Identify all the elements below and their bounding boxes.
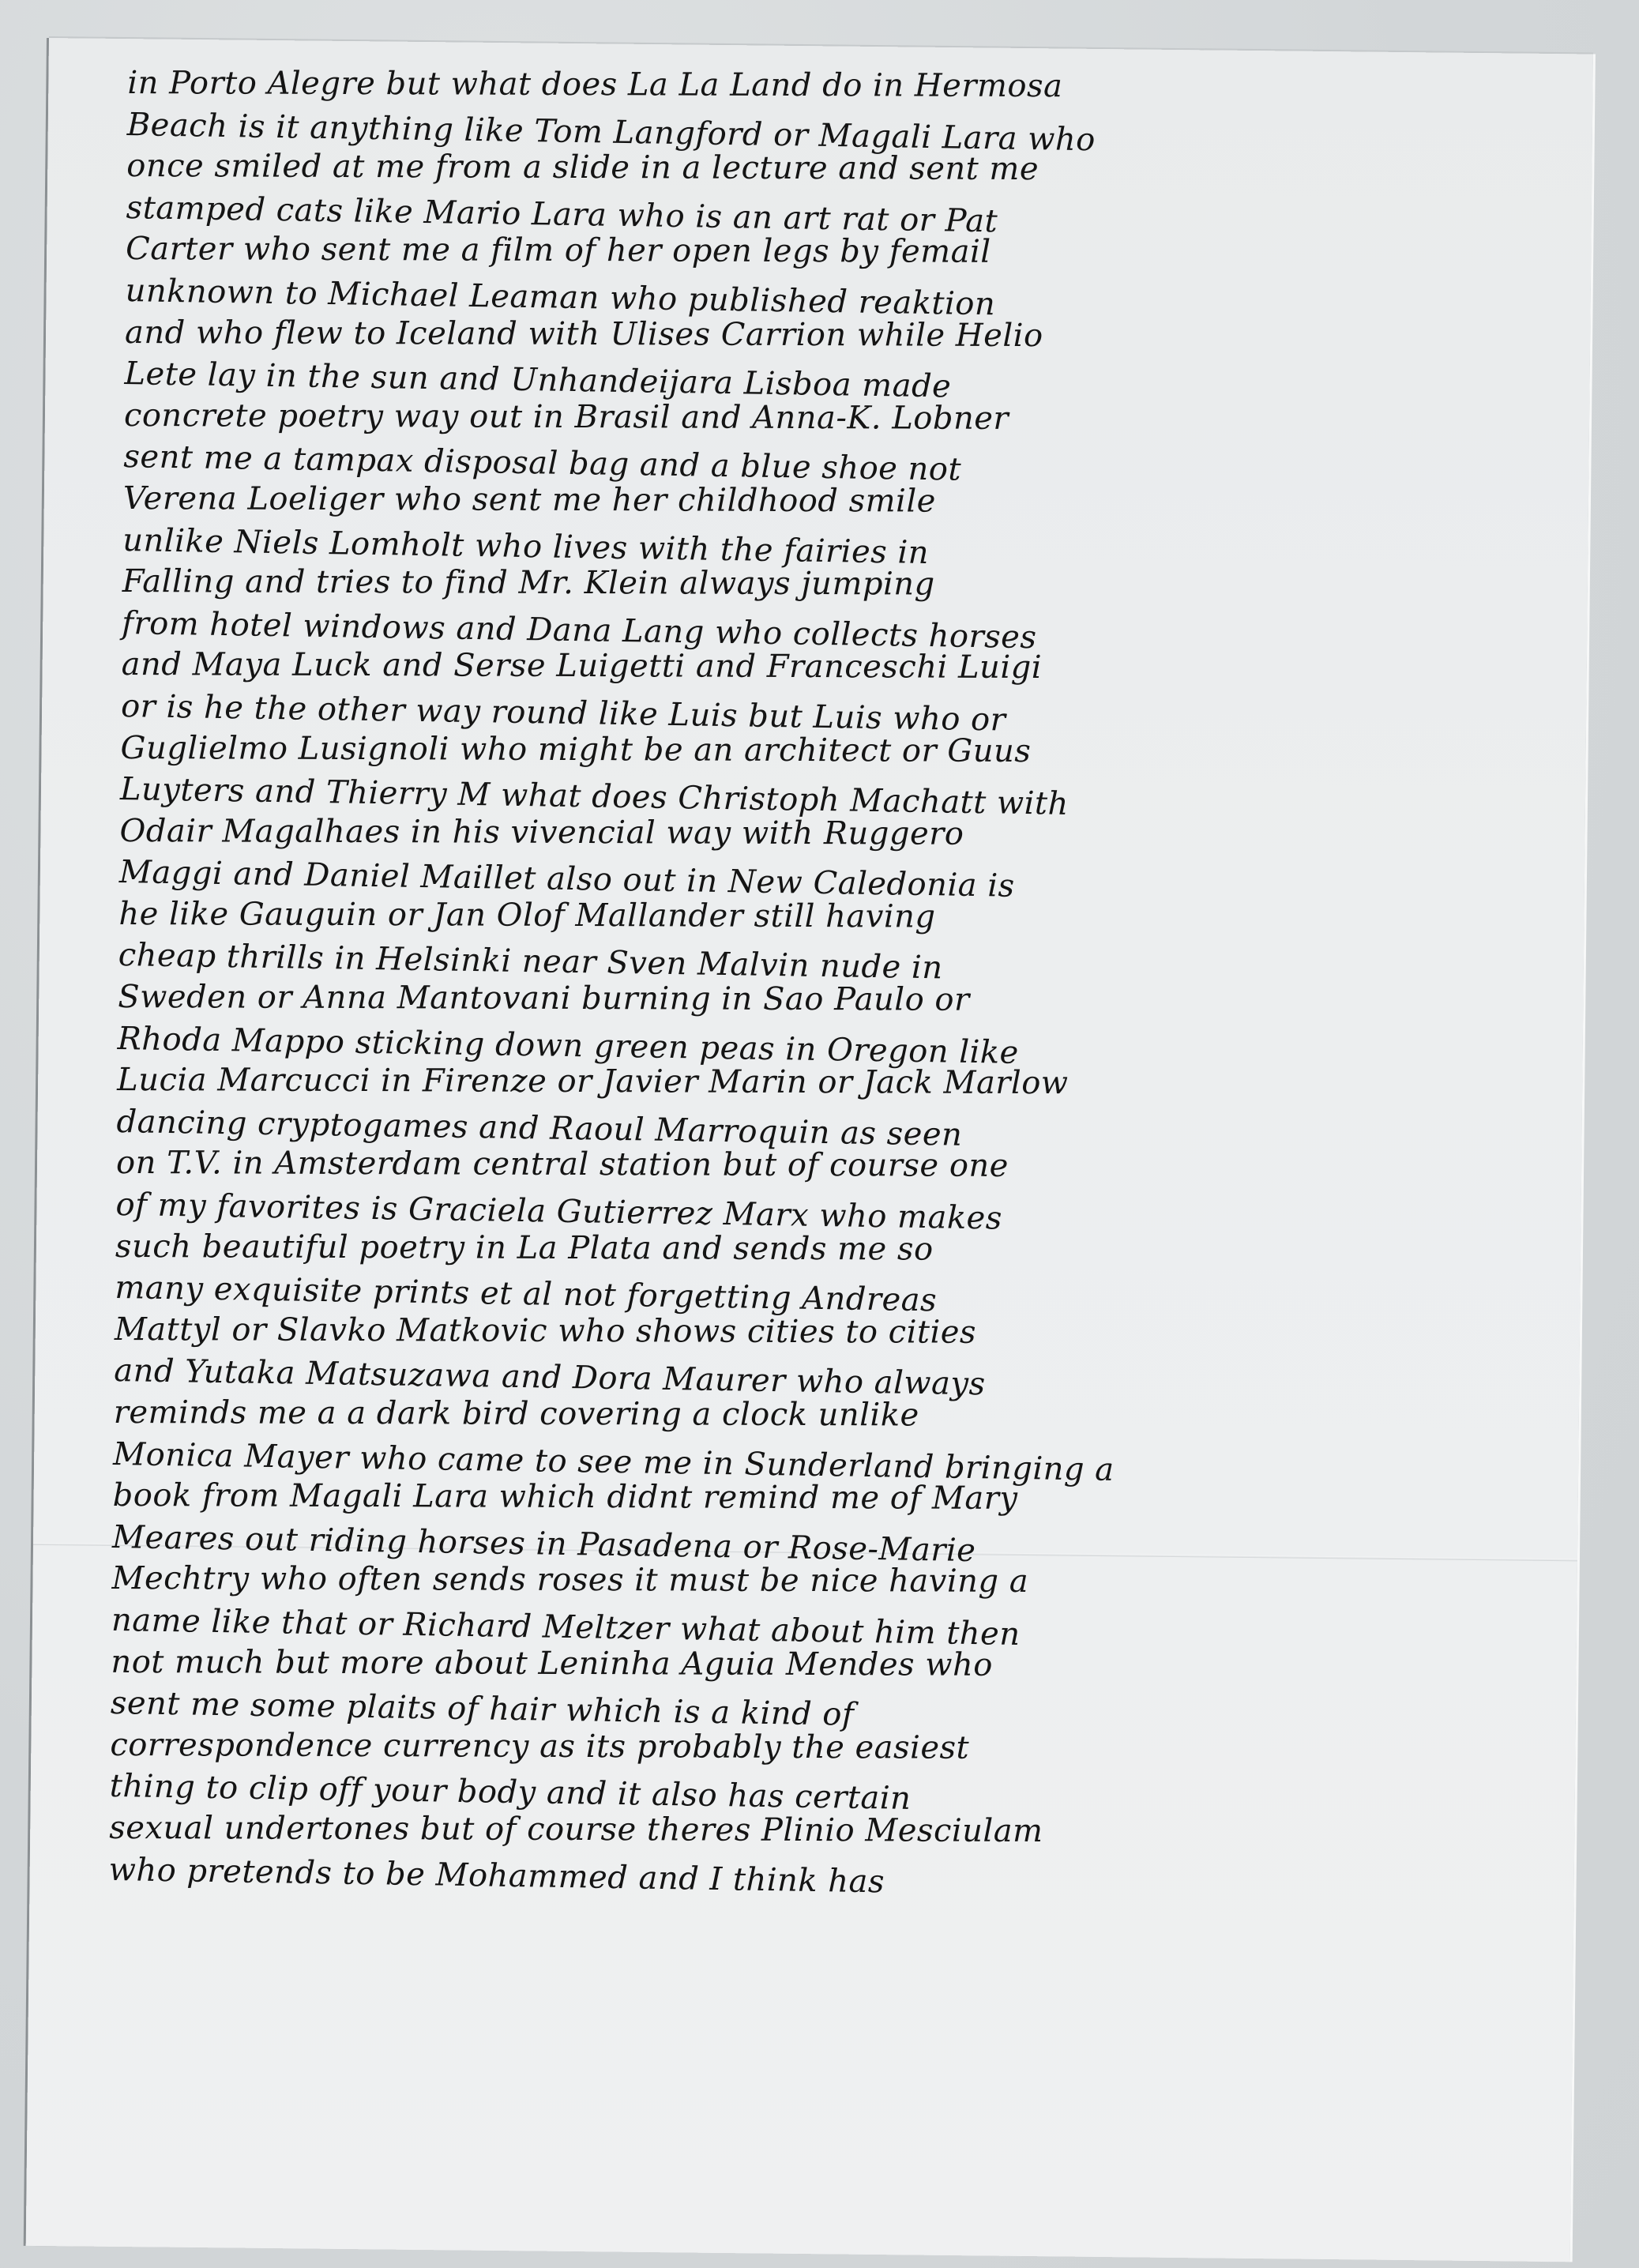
text-line: who pretends to be Mohammed and I think … (108, 1849, 1515, 1913)
text-line: sexual undertones but of course theres P… (109, 1807, 1515, 1854)
text-line: Verena Loeliger who sent me her childhoo… (123, 478, 1529, 525)
text-line: and who flew to Iceland with Ulises Carr… (125, 312, 1531, 359)
text-line: not much but more about Leninha Aguia Me… (111, 1641, 1517, 1687)
text-line: Mechtry who often sends roses it must be… (111, 1558, 1517, 1604)
text-line: in Porto Alegre but what does La La Land… (127, 62, 1533, 109)
text-line: and Maya Luck and Serse Luigetti and Fra… (122, 644, 1528, 690)
text-line: correspondence currency as its probably … (110, 1725, 1516, 1771)
text-line: Guglielmo Lusignoli who might be an arch… (121, 727, 1527, 773)
text-line: such beautiful poetry in La Plata and se… (115, 1226, 1521, 1273)
text-line: Odair Magalhaes in his vivencial way wit… (119, 811, 1525, 857)
text-line: concrete poetry way out in Brasil and An… (124, 395, 1530, 442)
text-line: on T.V. in Amsterdam central station but… (116, 1142, 1522, 1189)
text-line: book from Magali Lara which didnt remind… (113, 1475, 1519, 1521)
text-line: Carter who sent me a film of her open le… (126, 228, 1532, 275)
text-line: Mattyl or Slavko Matkovic who shows citi… (115, 1309, 1521, 1356)
handwritten-text-block: in Porto Alegre but what does La La Land… (108, 62, 1533, 1905)
text-line: Falling and tries to find Mr. Klein alwa… (122, 561, 1528, 607)
text-line: reminds me a a dark bird covering a cloc… (114, 1392, 1520, 1439)
text-line: Lucia Marcucci in Firenze or Javier Mari… (117, 1059, 1523, 1106)
text-line: once smiled at me from a slide in a lect… (126, 145, 1532, 192)
letter-page: in Porto Alegre but what does La La Land… (26, 38, 1593, 2262)
text-line: Sweden or Anna Mantovani burning in Sao … (118, 976, 1524, 1023)
text-line: he like Gauguin or Jan Olof Mallander st… (118, 893, 1524, 940)
